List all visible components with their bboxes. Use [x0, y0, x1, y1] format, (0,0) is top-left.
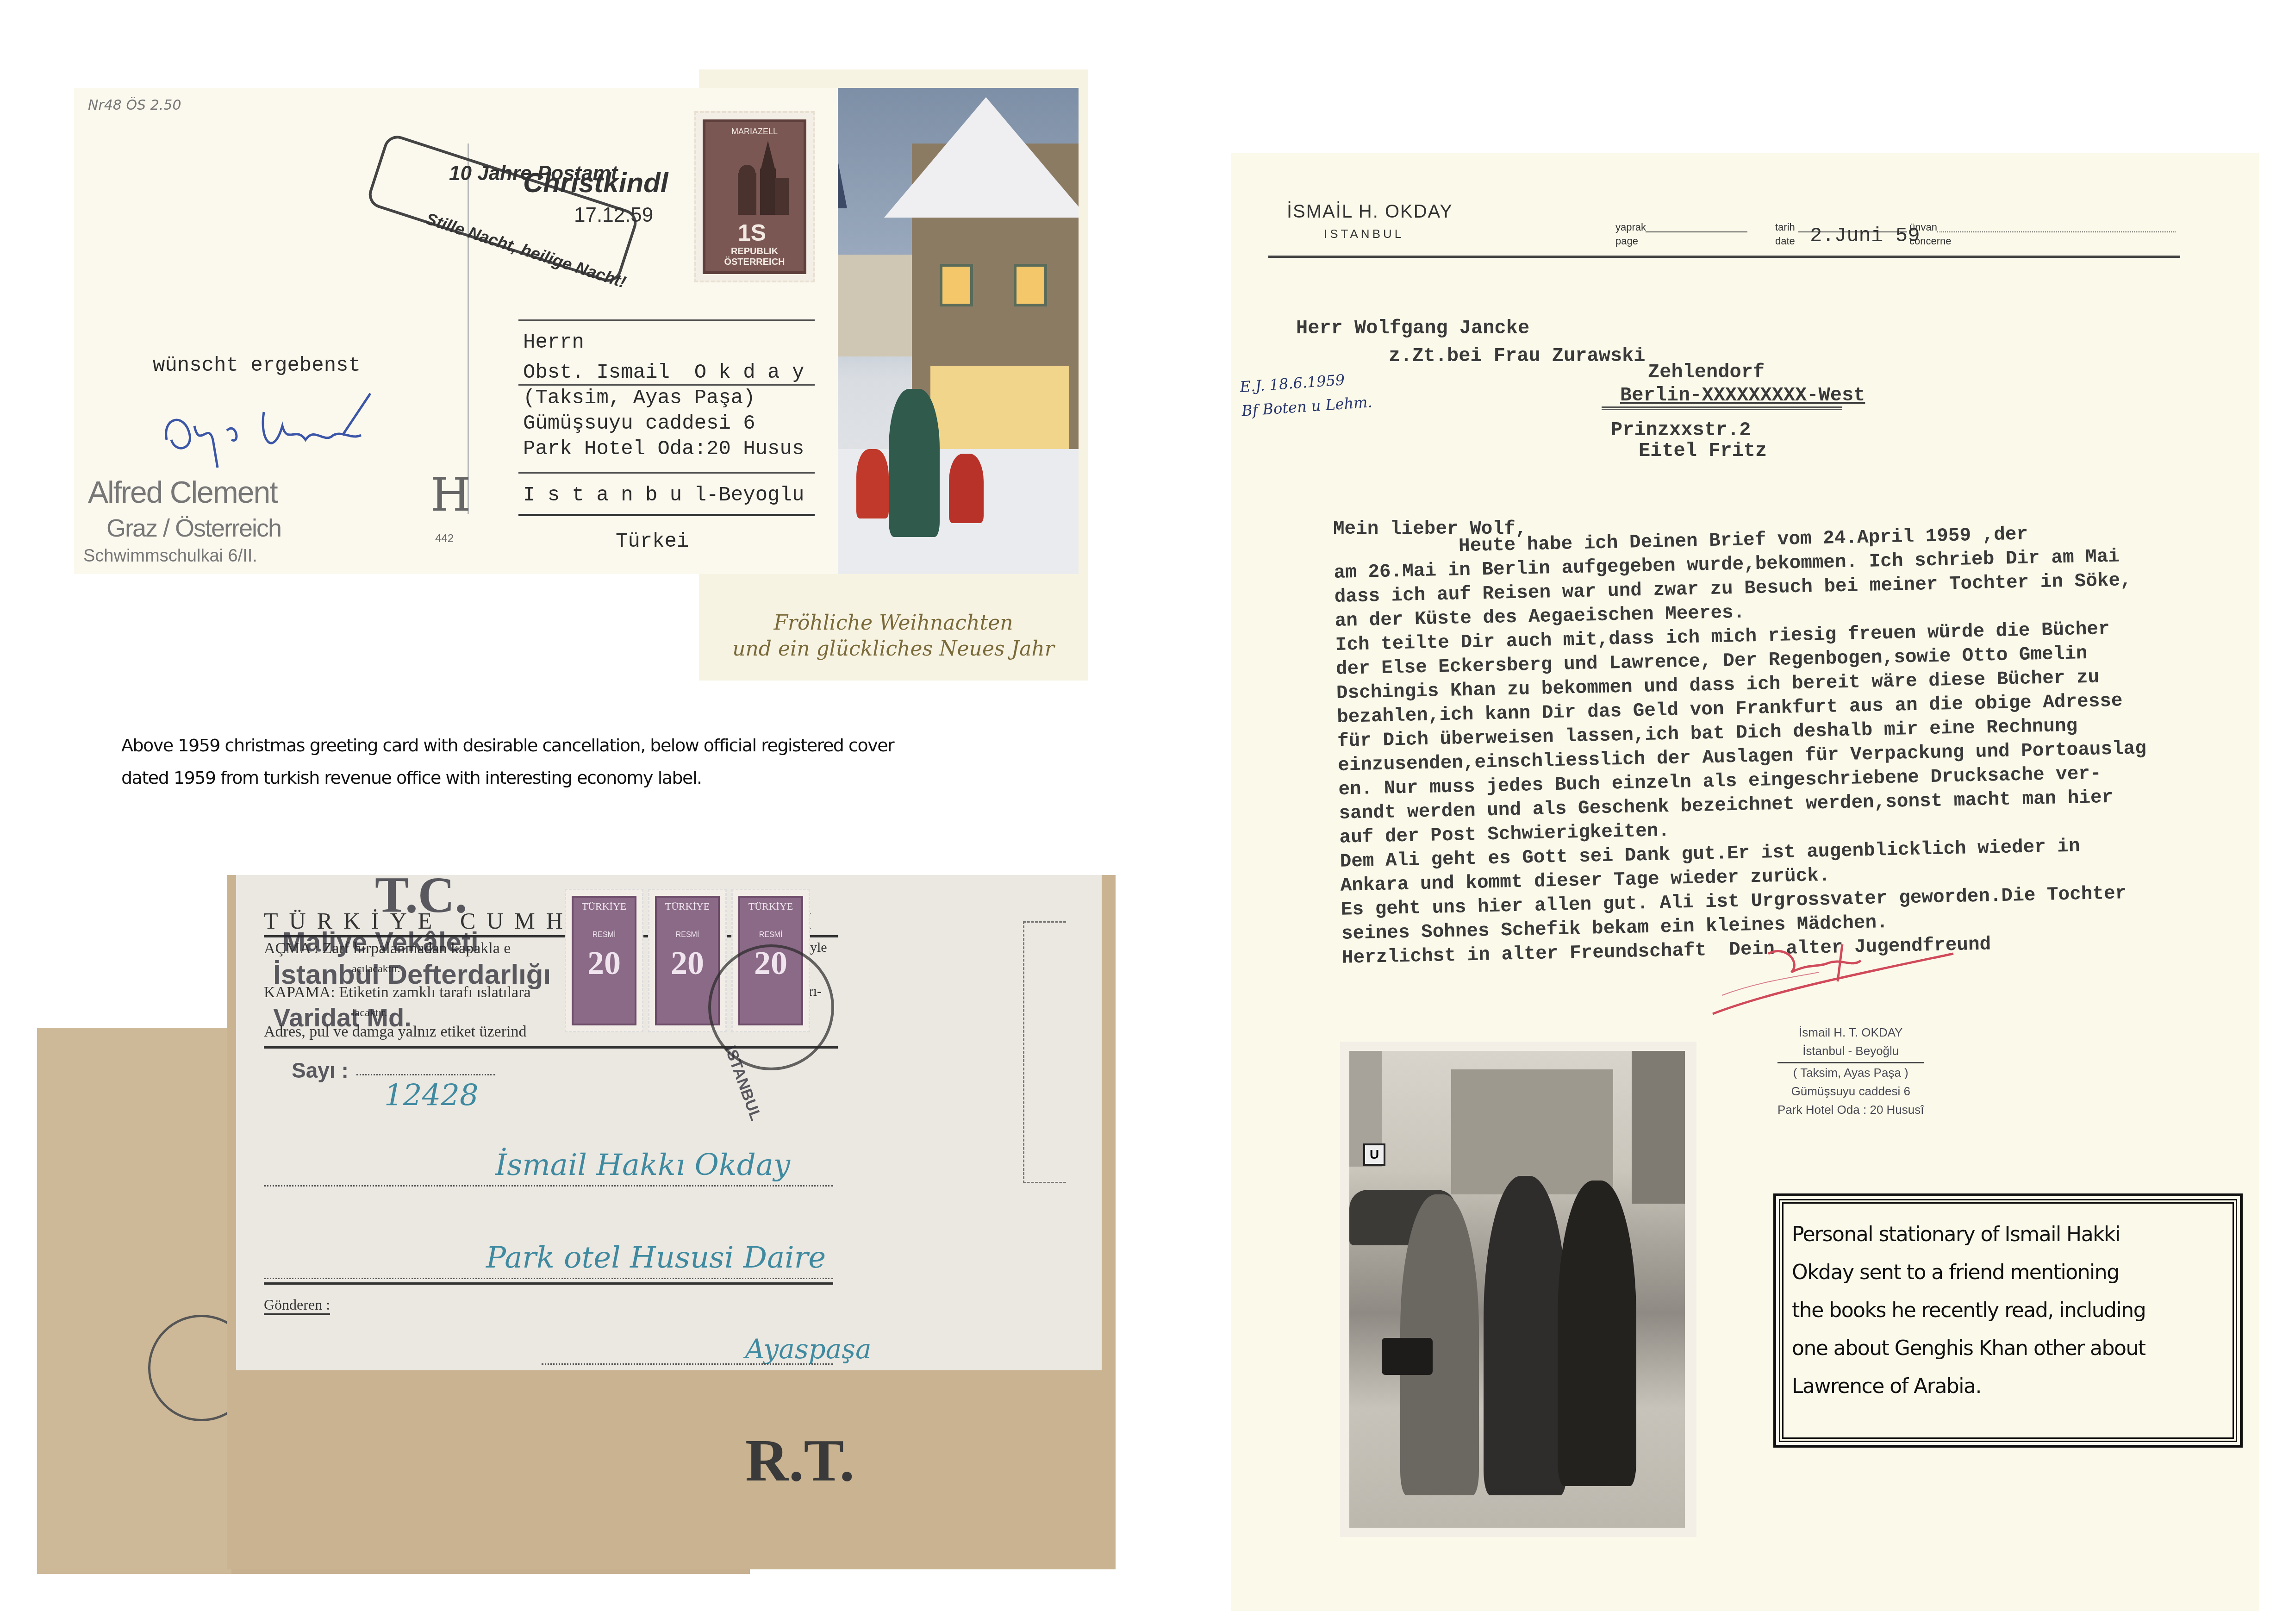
sender-city: Graz / Österreich [106, 514, 281, 543]
pencil-price-note: Nr48 ÖS 2.50 [88, 97, 181, 113]
sayi-label: Sayı : [292, 1058, 349, 1083]
description-text: Personal stationary of Ismail Hakki Okda… [1792, 1216, 2145, 1405]
recipient-line: Zehlendorf [1648, 361, 1765, 383]
address-line: I s t a n b u l-Beyoglu [523, 484, 804, 507]
publisher-logo-icon: H [430, 468, 471, 522]
woman-figure [889, 389, 940, 537]
address-country: Türkei [616, 530, 689, 553]
austria-stamp: MARIAZELL 1S REPUBLIK ÖSTERREICH [694, 111, 815, 282]
letter-date: 2.Juni 59 [1810, 225, 1920, 248]
address-line: Obst. Ismail O k d a y [523, 361, 804, 384]
address-stamp: İsmail H. T. OKDAY İstanbul - Beyoğlu ( … [1777, 1023, 1924, 1119]
child-figure [949, 454, 984, 523]
greeting-line: wünscht ergebenst [153, 354, 361, 377]
church-icon [724, 141, 793, 215]
sender-label: Gönderen : [264, 1296, 330, 1315]
woman-figure [1558, 1181, 1636, 1486]
tower-building [1632, 1051, 1685, 1204]
turkey-stamp: TÜRKİYERESMİ20 [565, 889, 643, 1032]
vintage-photo: U [1340, 1042, 1696, 1537]
christkindl-cancellation: 10 Jahre Postamt Christkindl 17.12.59 St… [352, 153, 676, 306]
recipient-line: Berlin-XXXXXXXXX-West [1620, 384, 1865, 406]
u-bahn-sign-icon: U [1363, 1143, 1385, 1166]
economy-label: T.C. TÜRKİYE CUMHU STİ AÇMA : Zarf hırpa… [236, 875, 1102, 1370]
address-line: (Taksim, Ayas Paşa) [523, 387, 755, 410]
card-greeting: Fröhliche Weihnachten und ein glückliche… [699, 610, 1088, 662]
red-signature-icon [1703, 935, 1963, 1018]
address-line: Gümüşsuyu caddesi 6 [523, 412, 755, 435]
child-figure [856, 449, 889, 518]
recipient-line: Prinzxxstr.2 [1611, 419, 1751, 441]
letter-body: Heute habe ich Deinen Brief vom 24.April… [1333, 520, 2151, 970]
building [1451, 1069, 1613, 1194]
sender-street: Schwimmschulkai 6/II. [83, 546, 257, 566]
handwritten-district: Ayaspaşa [745, 1333, 872, 1365]
description-box: Personal stationary of Ismail Hakki Okda… [1779, 1199, 2237, 1442]
handbag [1382, 1338, 1433, 1375]
handwritten-hotel: Park otel Hususi Daire [486, 1241, 826, 1275]
sender-name: Alfred Clement [88, 475, 277, 510]
letterhead-city: ISTANBUL [1324, 227, 1404, 241]
letterhead-name: İSMAİL H. OKDAY [1287, 201, 1453, 222]
recipient-line: Herr Wolfgang Jancke [1296, 317, 1529, 339]
registration-mark: R.T. [745, 1426, 854, 1495]
signature-icon [157, 384, 412, 477]
handwritten-receipt-note: E.J. 18.6.1959 Bf Boten u Lehm. [1239, 366, 1373, 423]
cancellation-date: 17.12.59 [574, 204, 653, 227]
recipient-line: z.Zt.bei Frau Zurawski [1389, 345, 1646, 367]
office-stamp: Maliye Vekâleti [282, 926, 479, 958]
card-number: 442 [435, 532, 454, 545]
handwritten-name: İsmail Hakkı Okday [495, 1148, 790, 1182]
postcard-back: Nr48 ÖS 2.50 10 Jahre Postamt Christkind… [74, 88, 838, 574]
address-line: Park Hotel Oda:20 Husus [523, 437, 804, 461]
man-figure [1484, 1176, 1567, 1495]
recipient-line: Eitel Fritz [1639, 440, 1767, 462]
caption-text: Above 1959 christmas greeting card with … [121, 729, 1047, 794]
registered-cover: T.C. TÜRKİYE CUMHU STİ AÇMA : Zarf hırpa… [227, 875, 1116, 1569]
address-line: Herrn [523, 331, 584, 354]
reference-number: 12428 [384, 1079, 479, 1113]
